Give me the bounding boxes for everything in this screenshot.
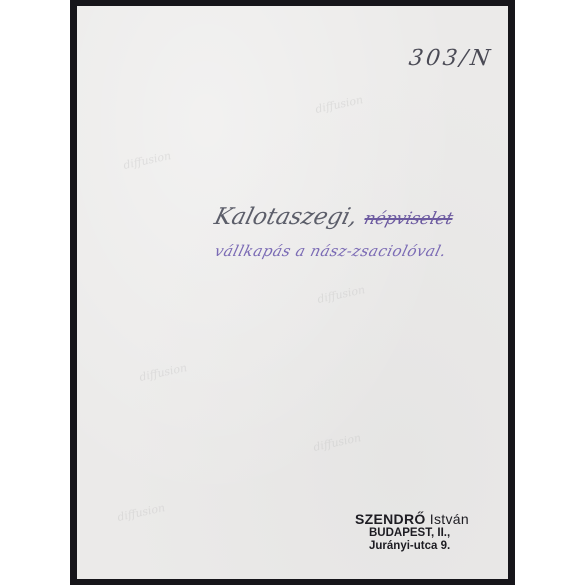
stamp-street: Jurányi-utca 9. [369,540,469,553]
caption-main-text: Kalotaszegi, [212,204,360,230]
stamp-name: SZENDRŐ István [355,511,469,527]
stamp-surname: SZENDRŐ [355,511,426,527]
reference-number: 303/N [407,46,494,71]
watermark: diffusion [312,431,362,454]
caption-line-2: vállkapás a nász-zsaciolóval. [213,242,449,260]
stamp-given-name: István [430,511,469,527]
watermark: diffusion [314,93,364,116]
caption-line-1: Kalotaszegi,népviselet [212,204,457,230]
stamp-city: BUDAPEST, II., [369,527,469,540]
watermark: diffusion [122,149,172,172]
watermark: diffusion [316,283,366,306]
photographer-stamp: SZENDRŐ István BUDAPEST, II., Jurányi-ut… [355,511,469,554]
watermark: diffusion [116,501,166,524]
photo-back-paper: diffusion diffusion diffusion diffusion … [77,6,508,579]
watermark: diffusion [138,361,188,384]
caption-struck-text: népviselet [362,209,455,229]
